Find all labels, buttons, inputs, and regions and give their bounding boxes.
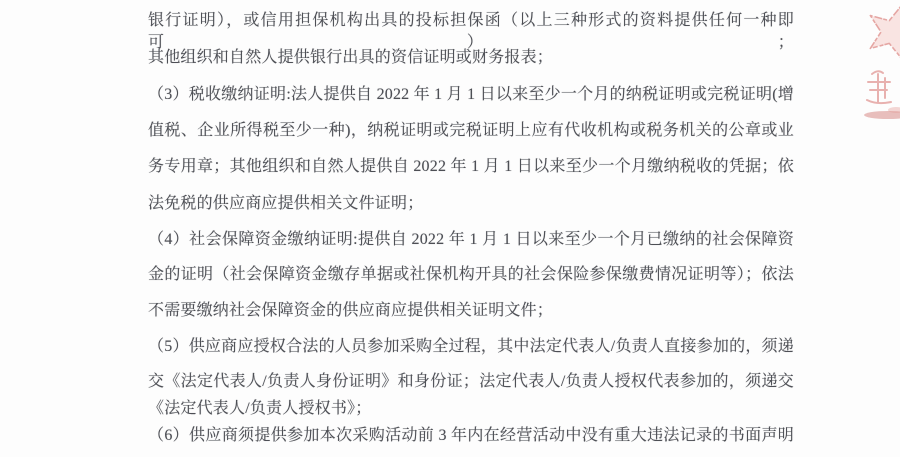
text-line-11: 交《法定代表人/负责人身份证明》和身份证；法定代表人/负责人授权代表参加的，须递… (148, 371, 794, 395)
text-line-12: 《法定代表人/负责人授权书》； (148, 398, 794, 422)
text-line-9: 不需要缴纳社会保障资金的供应商应提供相关证明文件； (148, 300, 794, 324)
text-line-6: 法免税的供应商应提供相关文件证明； (148, 193, 794, 217)
red-seal-star-icon (852, 2, 900, 66)
text-line-7: （4）社会保障资金缴纳证明:提供自 2022 年 1 月 1 日以来至少一个月已… (148, 229, 794, 253)
text-line-5: 务专用章；其他组织和自然人提供自 2022 年 1 月 1 日以来至少一个月缴纳… (148, 156, 794, 180)
text-line-1: 银行证明），或信用担保机构出具的投标担保函（以上三种形式的资料提供任何一种即可）… (148, 10, 794, 34)
text-line-10: （5）供应商应授权合法的人员参加采购全过程，其中法定代表人/负责人直接参加的，须… (148, 336, 794, 360)
text-line-3: （3）税收缴纳证明:法人提供自 2022 年 1 月 1 日以来至少一个月的纳税… (148, 84, 794, 108)
document-page: 银行证明），或信用担保机构出具的投标担保函（以上三种形式的资料提供任何一种即可）… (0, 0, 900, 457)
red-seal-ink-fragment-icon (858, 66, 900, 126)
text-line-13: （6）供应商须提供参加本次采购活动前 3 年内在经营活动中没有重大违法记录的书面… (148, 425, 794, 449)
text-line-2: 其他组织和自然人提供银行出具的资信证明或财务报表； (148, 47, 794, 71)
text-line-4: 值税、企业所得税至少一种)，纳税证明或完税证明上应有代收机构或税务机关的公章或业 (148, 120, 794, 144)
text-line-8: 金的证明（社会保障资金缴存单据或社保机构开具的社会保险参保缴费情况证明等）；依法 (148, 264, 794, 288)
document-text-block: 银行证明），或信用担保机构出具的投标担保函（以上三种形式的资料提供任何一种即可）… (0, 0, 900, 457)
